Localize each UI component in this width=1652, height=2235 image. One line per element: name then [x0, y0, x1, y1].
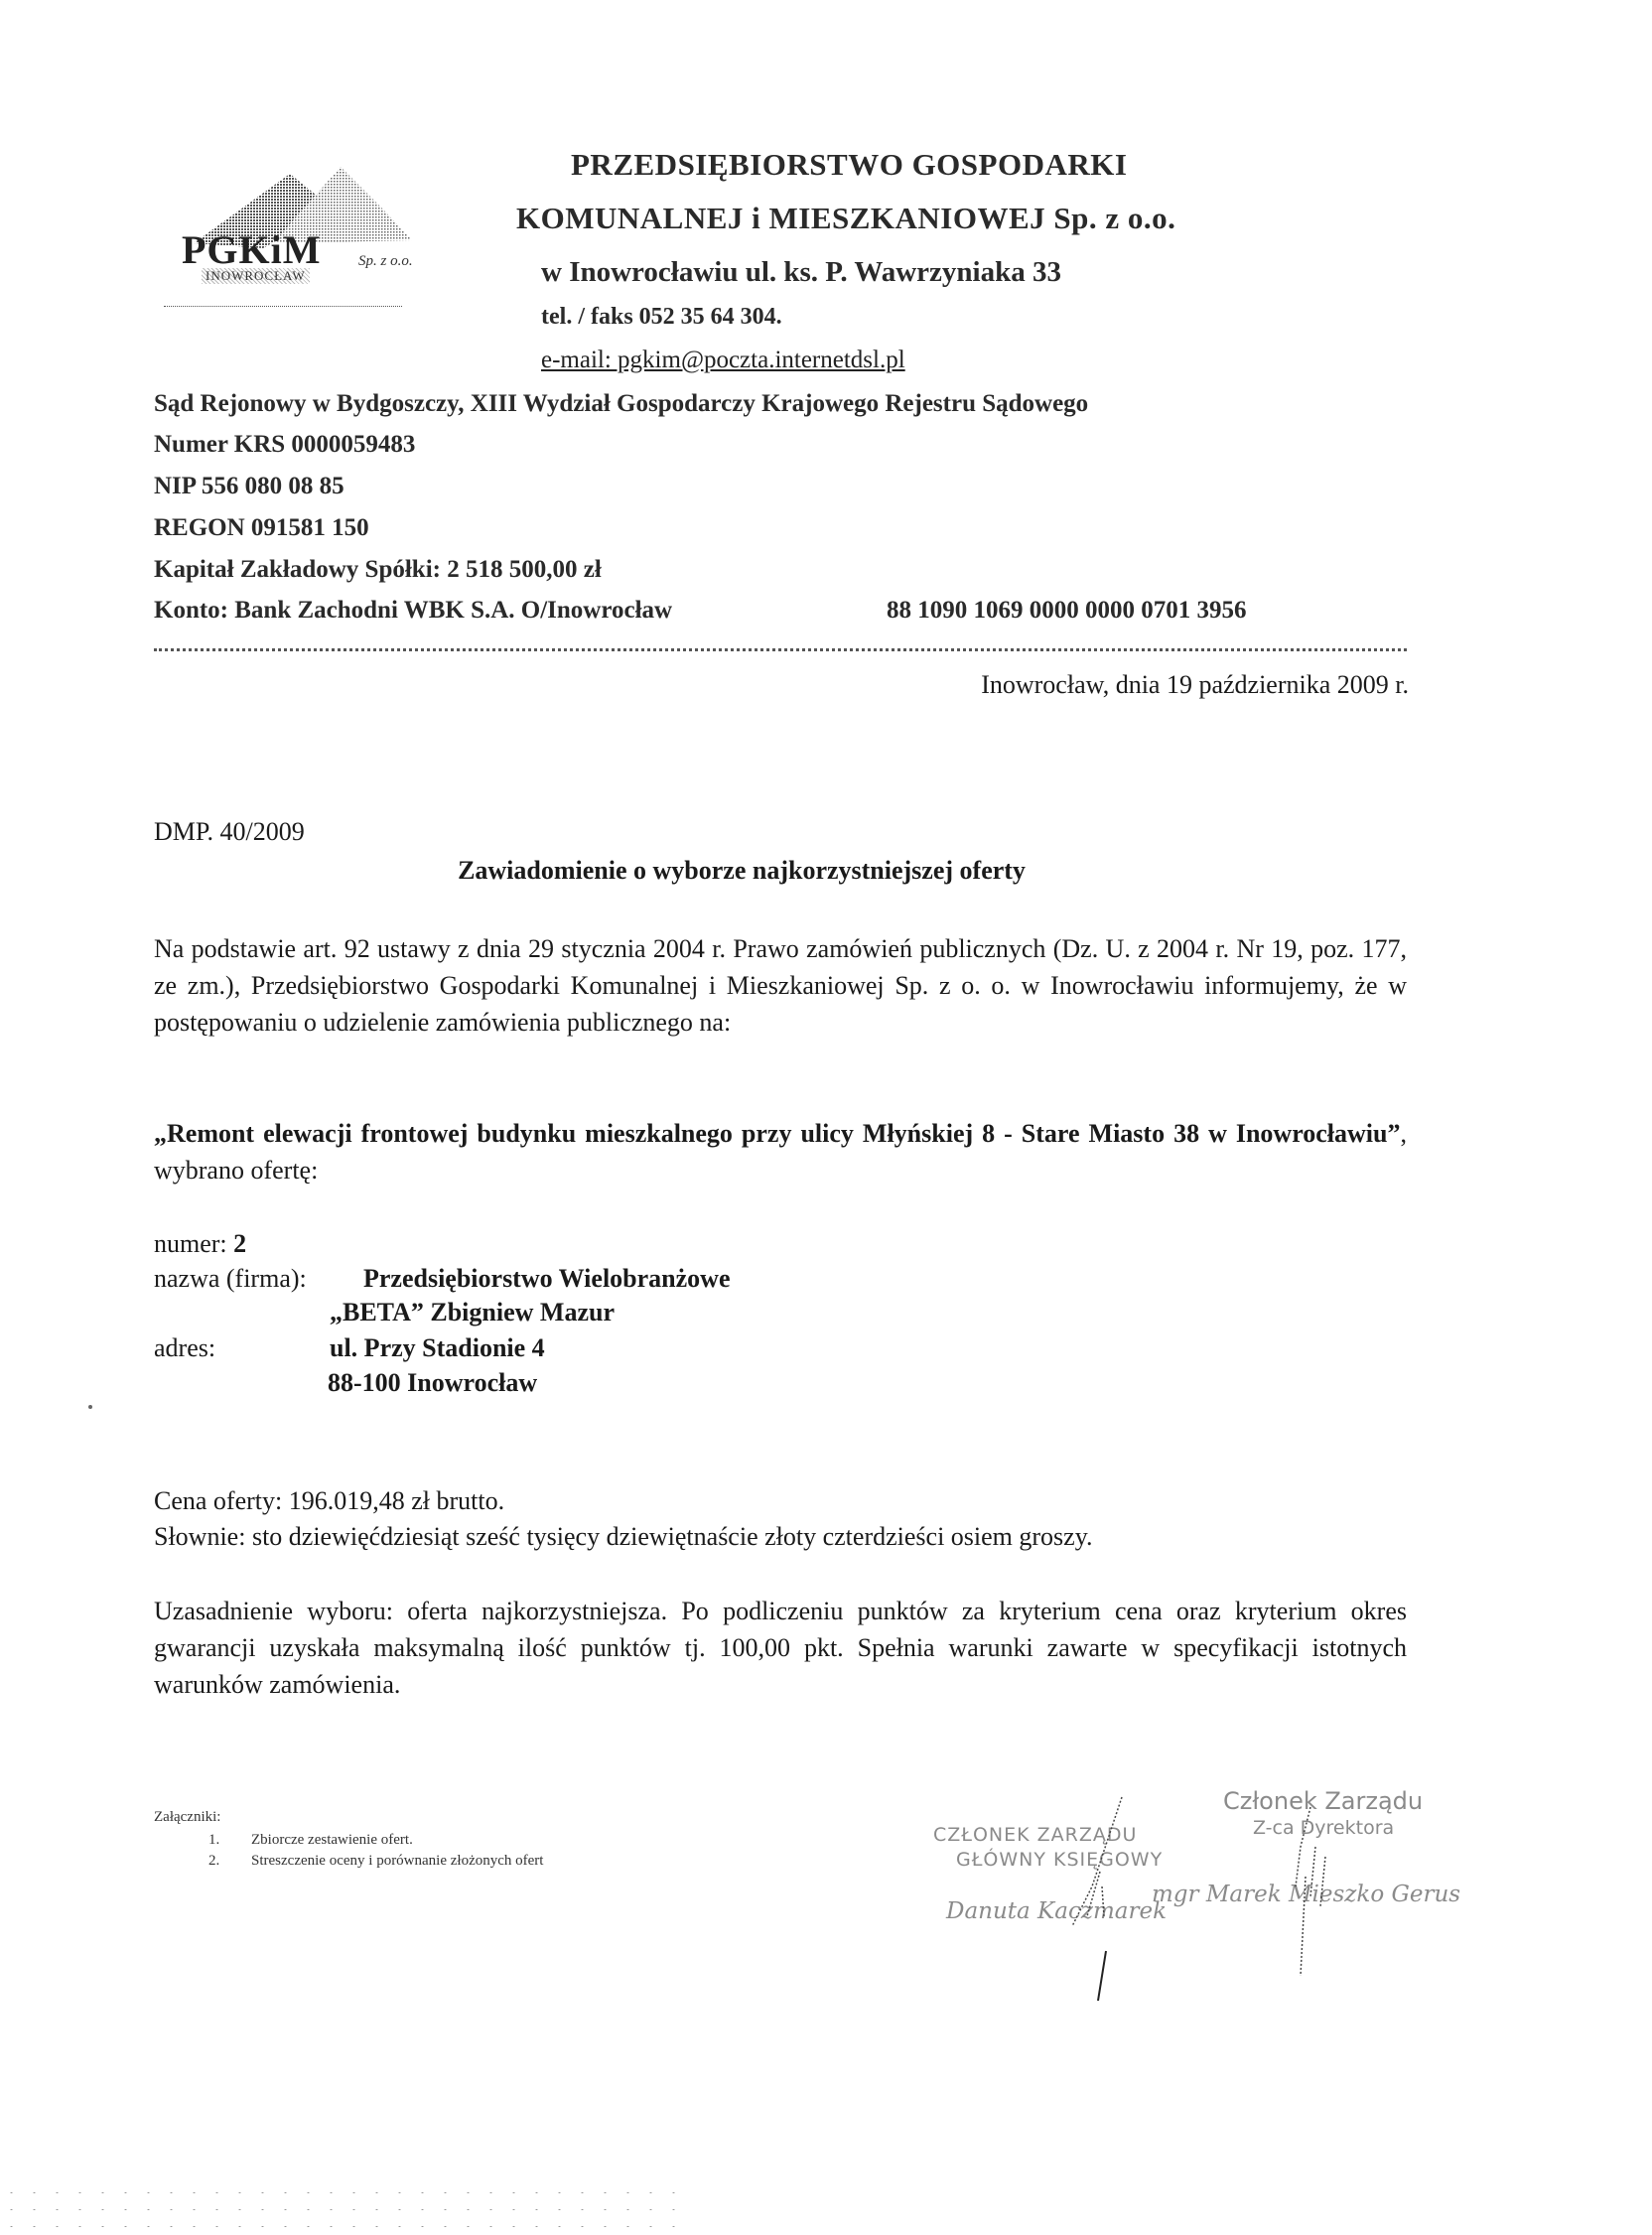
attachment-item: 2. Streszczenie oceny i porównanie złożo… [0, 1853, 894, 1873]
attachment-number: 1. [208, 1832, 219, 1849]
offer-number-row: numer: 2 [154, 1229, 246, 1259]
offer-firm-owner: „BETA” Zbigniew Mazur [330, 1298, 615, 1327]
reference-number: DMP. 40/2009 [154, 817, 305, 847]
offer-address-line1: ul. Przy Stadionie 4 [330, 1333, 545, 1363]
logo-subtitle: INOWROCŁAW [202, 268, 310, 284]
bank-account-label: Konto: Bank Zachodni WBK S.A. O/Inowrocł… [154, 597, 672, 625]
share-capital: Kapitał Zakładowy Spółki: 2 518 500,00 z… [154, 556, 602, 584]
offer-price: Cena oferty: 196.019,48 zł brutto. [154, 1486, 504, 1516]
offer-number-label: numer: [154, 1229, 227, 1258]
attachment-item: 1. Zbiorcze zestawienie ofert. [0, 1832, 894, 1852]
offer-address-label: adres: [154, 1333, 215, 1363]
offer-number-value: 2 [233, 1229, 246, 1258]
court-registration: Sąd Rejonowy w Bydgoszczy, XIII Wydział … [154, 390, 1088, 418]
attachment-number: 2. [208, 1853, 219, 1870]
attachments-label: Załączniki: [154, 1809, 220, 1826]
bank-account-number: 88 1090 1069 0000 0000 0701 3956 [887, 597, 1247, 625]
krs-number: Numer KRS 0000059483 [154, 431, 415, 459]
regon-number: REGON 091581 150 [154, 514, 369, 542]
justification-paragraph: Uzasadnienie wyboru: oferta najkorzystni… [154, 1593, 1407, 1703]
company-email-link[interactable]: e-mail: pgkim@poczta.internetdsl.pl [541, 347, 905, 374]
logo-underline [164, 306, 402, 307]
document-title: Zawiadomienie o wyborze najkorzystniejsz… [0, 856, 1652, 886]
offer-city: 88-100 Inowrocław [328, 1368, 537, 1397]
attachment-text: Zbiorcze zestawienie ofert. [251, 1832, 413, 1849]
company-name-line2: KOMUNALNEJ i MIESZKANIOWEJ Sp. z o.o. [516, 201, 1175, 236]
company-name-line1: PRZEDSIĘBIORSTWO GOSPODARKI [571, 147, 1127, 183]
signature-right-icon [1271, 1787, 1350, 1986]
company-phone: tel. / faks 052 35 64 304. [541, 304, 782, 331]
contract-paragraph: „Remont elewacji frontowej budynku miesz… [154, 1115, 1407, 1188]
contract-name: „Remont elewacji frontowej budynku miesz… [154, 1119, 1401, 1148]
dotted-separator [154, 648, 1407, 651]
offer-price-in-words: Słownie: sto dziewięćdziesiąt sześć tysi… [154, 1522, 1093, 1552]
place-and-date: Inowrocław, dnia 19 października 2009 r. [981, 670, 1409, 700]
logo-suffix: Sp. z o.o. [358, 253, 413, 270]
offer-name-line2: „BETA” Zbigniew Mazur [330, 1298, 615, 1327]
company-logo: PGKiM INOWROCŁAW Sp. z o.o. [164, 139, 422, 298]
offer-name-line1: Przedsiębiorstwo Wielobranżowe [363, 1264, 730, 1294]
offer-firm-name: Przedsiębiorstwo Wielobranżowe [363, 1264, 730, 1293]
document-title-text: Zawiadomienie o wyborze najkorzystniejsz… [458, 856, 1026, 885]
offer-street: ul. Przy Stadionie 4 [330, 1333, 545, 1362]
attachment-text: Streszczenie oceny i porównanie złożonyc… [251, 1853, 543, 1870]
nip-number: NIP 556 080 08 85 [154, 473, 344, 500]
scan-mark [88, 1405, 92, 1409]
offer-address-line2: 88-100 Inowrocław [328, 1368, 537, 1398]
scan-noise [0, 2184, 695, 2235]
signature-left-icon [1032, 1777, 1171, 2006]
company-address: w Inowrocławiu ul. ks. P. Wawrzyniaka 33 [541, 256, 1061, 289]
logo-title: PGKiM [182, 226, 322, 273]
offer-name-label: nazwa (firma): [154, 1264, 307, 1294]
intro-paragraph: Na podstawie art. 92 ustawy z dnia 29 st… [154, 930, 1407, 1041]
